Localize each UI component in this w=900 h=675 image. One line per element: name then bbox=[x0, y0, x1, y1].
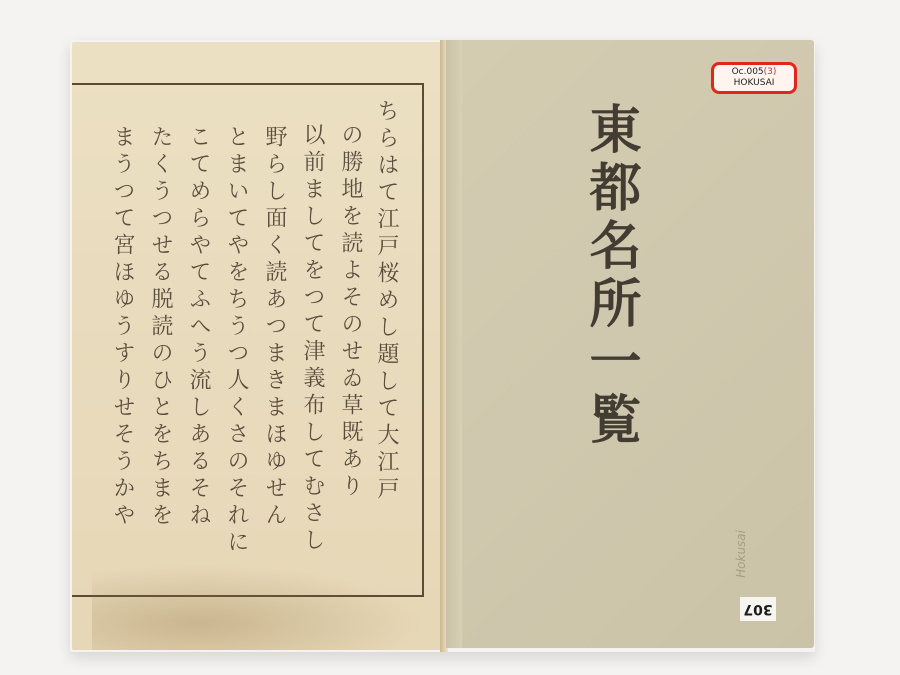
text-column: の勝地を読よそのせゐ草既あり bbox=[335, 123, 366, 501]
pencil-note: Hokusai bbox=[734, 530, 748, 578]
book-cover: 東都名所一覧 Oc.005(3) HOKUSAI Hokusai 307 bbox=[446, 40, 814, 648]
number-sticker: 307 bbox=[740, 597, 776, 621]
text-column: こてめらやてふへう流しあるそね bbox=[183, 125, 214, 530]
catalog-label: Oc.005(3) HOKUSAI bbox=[711, 62, 797, 94]
cover-edge bbox=[446, 40, 462, 648]
text-column: たくうつせる脱読のひとをちまを bbox=[145, 125, 176, 530]
text-column: とまいてやをちうつ人くさのそれに bbox=[221, 125, 252, 557]
text-column: 野らし面く読あつまきまほゆせん bbox=[259, 125, 290, 530]
text-column: 以前ましてをつて津義布してむさし bbox=[297, 123, 328, 555]
text-column: まうつて宮ほゆうすりせそうかや bbox=[107, 125, 138, 530]
printed-border-frame: ちらはて江戸桜めし題して大江戸 の勝地を読よそのせゐ草既あり 以前ましてをつて津… bbox=[72, 83, 424, 597]
left-text-page: ちらはて江戸桜めし題して大江戸 の勝地を読よそのせゐ草既あり 以前ましてをつて津… bbox=[72, 42, 444, 650]
text-column: ちらはて江戸桜めし題して大江戸 bbox=[371, 99, 402, 504]
label-artist: HOKUSAI bbox=[714, 78, 794, 89]
label-catalog-number: Oc.005 bbox=[732, 67, 764, 77]
label-volume: (3) bbox=[764, 67, 777, 77]
handwritten-title: 東都名所一覧 bbox=[573, 102, 648, 450]
